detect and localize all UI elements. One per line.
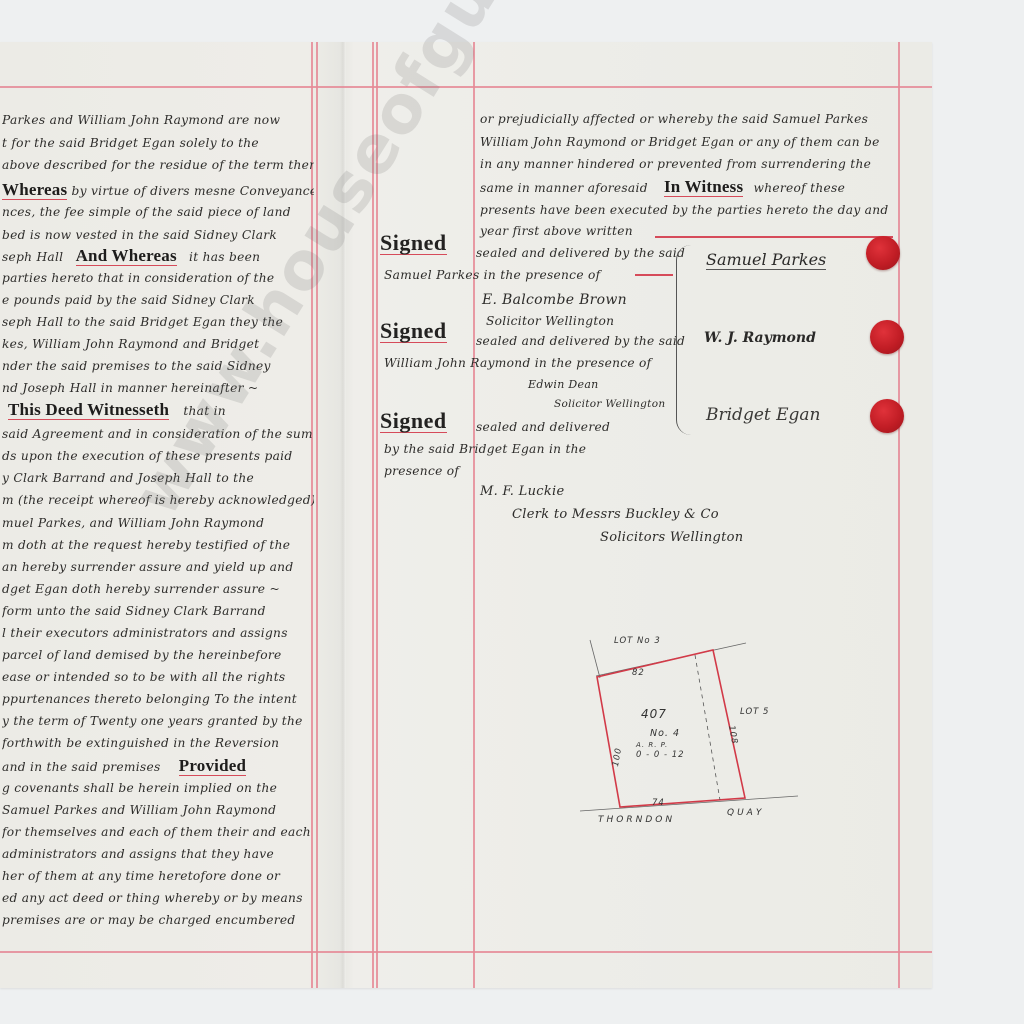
text-line: y the term of Twenty one years granted b…	[2, 714, 314, 728]
text-line: m (the receipt whereof is hereby acknowl…	[2, 493, 314, 507]
text-line: in any manner hindered or prevented from…	[480, 157, 871, 171]
text-line: This Deed Witnesseth that in	[2, 400, 314, 420]
text-line: bed is now vested in the said Sidney Cla…	[2, 228, 314, 242]
text-line: her of them at any time heretofore done …	[2, 869, 314, 883]
top-margin-rule	[0, 86, 932, 88]
text-line: dget Egan doth hereby surrender assure ~	[2, 582, 314, 596]
attestation-3-line-1: sealed and delivered	[476, 420, 610, 434]
text-line: ppurtenances thereto belonging To the in…	[2, 692, 314, 706]
text-fragment: seph Hall	[2, 250, 63, 264]
witness-1-name: E. Balcombe Brown	[482, 292, 627, 308]
plan-lot-north: LOT No 3	[614, 636, 661, 646]
text-fragment: whereof these	[754, 181, 846, 195]
attestation-3-line-3: presence of	[384, 464, 459, 478]
text-line: ed any act deed or thing whereby or by m…	[2, 891, 314, 905]
text-fragment: by virtue of divers mesne Conveyances	[72, 184, 315, 198]
heading-whereas: Whereas	[2, 180, 67, 200]
text-line: m doth at the request hereby testified o…	[2, 538, 314, 552]
witness-3-name: M. F. Luckie	[480, 484, 564, 499]
plan-section: 407	[641, 707, 667, 721]
text-line: or prejudicially affected or whereby the…	[480, 112, 868, 126]
heading-and-whereas: And Whereas	[76, 246, 177, 266]
text-line: ds upon the execution of these presents …	[2, 449, 314, 463]
text-line: an hereby surrender assure and yield up …	[2, 560, 314, 574]
signature-bridget-egan: Bridget Egan	[706, 405, 821, 425]
right-page-left-rule-b	[376, 42, 378, 988]
text-fragment: that in	[183, 404, 226, 418]
right-page-right-rule	[898, 42, 900, 988]
text-line: y Clark Barrand and Joseph Hall to the	[2, 471, 314, 485]
signature-wj-raymond: W. J. Raymond	[704, 330, 816, 346]
signature-samuel-parkes: Samuel Parkes	[706, 250, 826, 270]
plan-area: 0 - 0 - 12	[636, 750, 685, 760]
attestation-1-line-2: Samuel Parkes in the presence of	[384, 268, 600, 282]
plan-dim-bottom: 74	[652, 798, 665, 808]
signed-heading-1: Signed	[380, 232, 447, 255]
right-page-text-rule	[473, 42, 475, 988]
witness-3-title-2: Solicitors Wellington	[600, 530, 743, 545]
bottom-margin-rule	[0, 951, 932, 953]
text-line: t for the said Bridget Egan solely to th…	[2, 136, 314, 150]
text-line: William John Raymond or Bridget Egan or …	[480, 135, 880, 149]
text-line: muel Parkes, and William John Raymond	[2, 516, 314, 530]
attestation-3-line-2: by the said Bridget Egan in the	[384, 442, 586, 456]
text-line: parcel of land demised by the hereinbefo…	[2, 648, 314, 662]
text-line: ease or intended so to be with all the r…	[2, 670, 314, 684]
plan-street-quay: QUAY	[727, 808, 764, 818]
text-line: and in the said premises Provided	[2, 756, 314, 776]
text-line: nces, the fee simple of the said piece o…	[2, 205, 314, 219]
text-line: administrators and assigns that they hav…	[2, 847, 314, 861]
plan-area-units: A. R. P.	[636, 741, 668, 749]
attestation-1-line-1: sealed and delivered by the said	[476, 246, 685, 260]
witness-1-title: Solicitor Wellington	[486, 314, 614, 328]
text-fragment: it has been	[189, 250, 260, 264]
wax-seal-2	[870, 320, 904, 354]
text-line: parties hereto that in consideration of …	[2, 271, 314, 285]
text-line: nder the said premises to the said Sidne…	[2, 359, 314, 373]
text-fragment: same in manner aforesaid	[480, 181, 648, 195]
witness-3-title: Clerk to Messrs Buckley & Co	[512, 507, 719, 522]
text-line: for themselves and each of them their an…	[2, 825, 314, 839]
attestation-2-line-2: William John Raymond in the presence of	[384, 356, 652, 370]
heading-provided: Provided	[179, 756, 246, 776]
plan-lot-number: No. 4	[650, 728, 680, 739]
text-line: seph Hall And Whereas it has been	[2, 246, 314, 266]
text-line: g covenants shall be herein implied on t…	[2, 781, 314, 795]
text-line: year first above written	[480, 224, 633, 238]
signed-heading-2: Signed	[380, 320, 447, 343]
text-line: Parkes and William John Raymond are now	[2, 113, 314, 127]
text-line: presents have been executed by the parti…	[480, 203, 889, 217]
text-line: form unto the said Sidney Clark Barrand	[2, 604, 314, 618]
text-line: kes, William John Raymond and Bridget	[2, 337, 314, 351]
text-line: Whereas by virtue of divers mesne Convey…	[2, 180, 314, 200]
text-line: above described for the residue of the t…	[2, 158, 314, 172]
text-line: l their executors administrators and ass…	[2, 626, 314, 640]
wax-seal-3	[870, 399, 904, 433]
text-line: Samuel Parkes and William John Raymond	[2, 803, 314, 817]
heading-deed-witnesseth: This Deed Witnesseth	[8, 400, 169, 420]
heading-in-witness: In Witness	[664, 177, 743, 197]
text-line: said Agreement and in consideration of t…	[2, 427, 314, 441]
text-fragment: and in the said premises	[2, 760, 161, 774]
paper-fold	[340, 42, 346, 988]
plan-street-thorndon: THORNDON	[598, 815, 675, 825]
signed-heading-3: Signed	[380, 410, 447, 433]
witness-2-title: Solicitor Wellington	[554, 398, 665, 410]
red-flourish-line	[655, 236, 893, 238]
text-line: same in manner aforesaid In Witness wher…	[480, 177, 845, 197]
text-line: forthwith be extinguished in the Reversi…	[2, 736, 314, 750]
text-line: seph Hall to the said Bridget Egan they …	[2, 315, 314, 329]
left-page-right-rule-b	[316, 42, 318, 988]
wax-seal-1	[866, 236, 900, 270]
text-line: nd Joseph Hall in manner hereinafter ~	[2, 381, 314, 395]
plan-lot-east: LOT 5	[740, 707, 769, 717]
right-page-left-rule-a	[372, 42, 374, 988]
plan-dim-top: 82	[632, 668, 645, 678]
signature-brace	[676, 245, 691, 435]
text-line: premises are or may be charged encumbere…	[2, 913, 314, 927]
attestation-2-line-1: sealed and delivered by the said	[476, 334, 685, 348]
red-flourish-line	[635, 274, 673, 276]
witness-2-name: Edwin Dean	[528, 378, 599, 391]
text-line: e pounds paid by the said Sidney Clark	[2, 293, 314, 307]
